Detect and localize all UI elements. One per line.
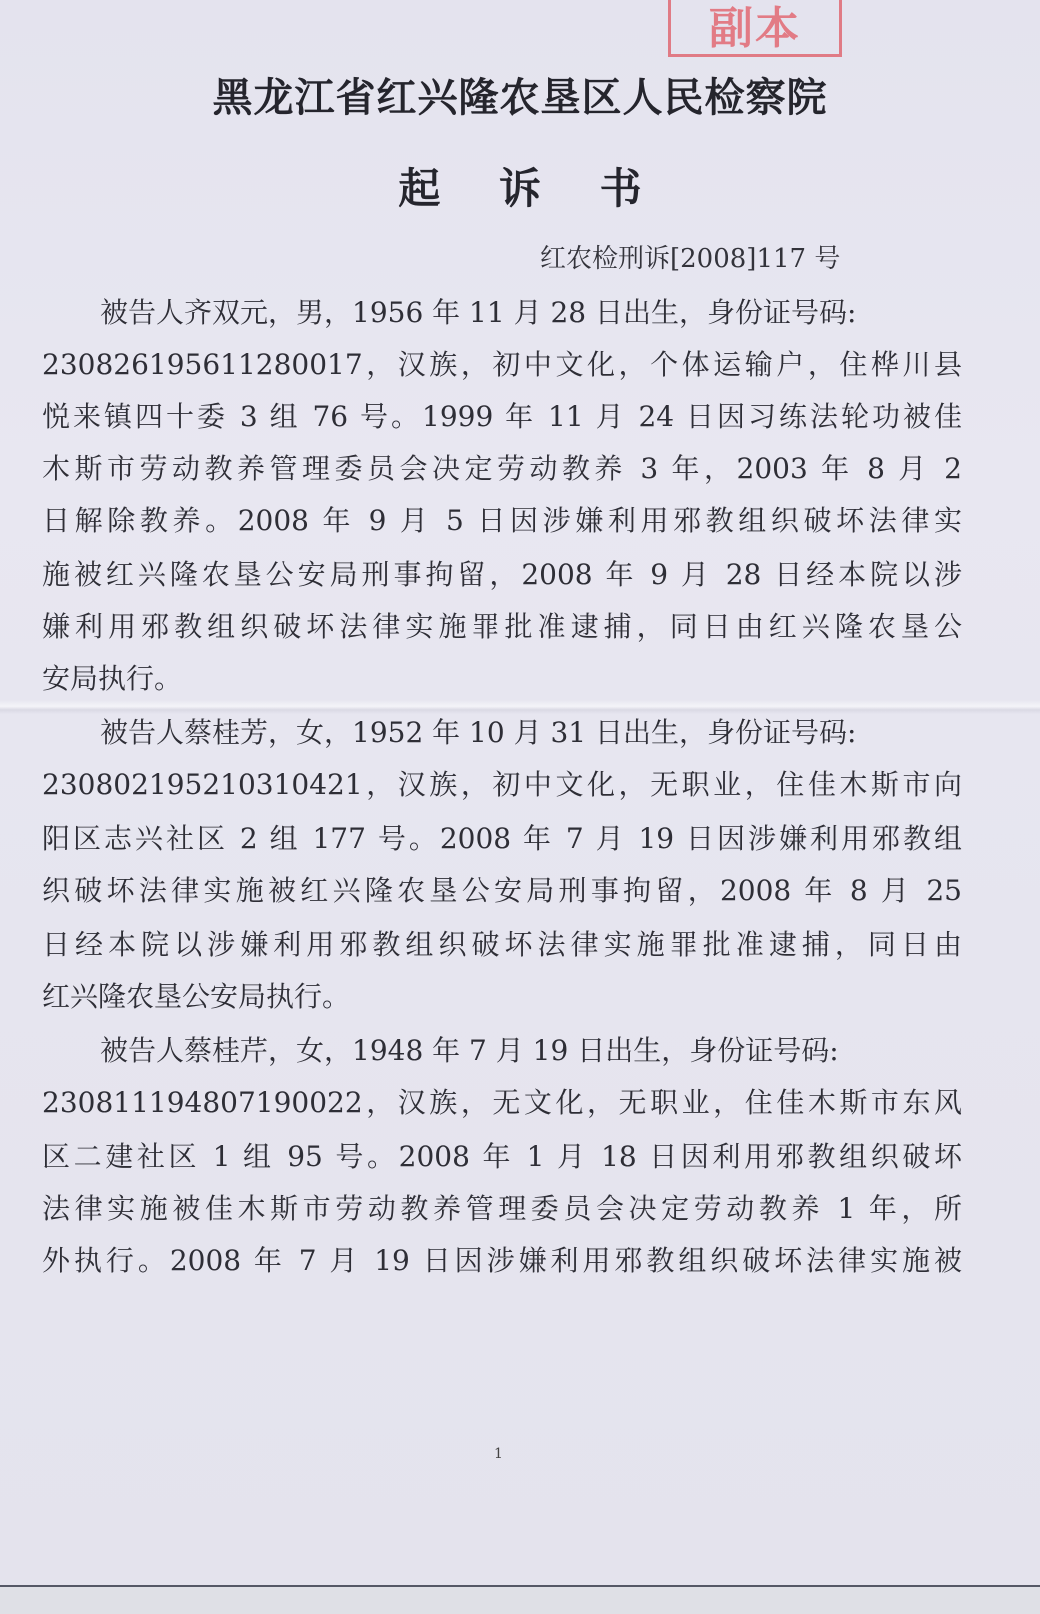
body-line: 230802195210310421，汉族，初中文化，无职业，住佳木斯市向 bbox=[42, 768, 962, 802]
body-line: 木斯市劳动教养管理委员会决定劳动教养 3 年，2003 年 8 月 2 bbox=[42, 452, 962, 486]
body-line: 被告人蔡桂芹，女，1948 年 7 月 19 日出生，身份证号码: bbox=[100, 1034, 934, 1068]
body-line: 红兴隆农垦公安局执行。 bbox=[42, 980, 962, 1014]
body-line: 230826195611280017，汉族，初中文化，个体运输户，住桦川县 bbox=[42, 348, 962, 382]
body-line: 法律实施被佳木斯市劳动教养管理委员会决定劳动教养 1 年，所 bbox=[42, 1192, 962, 1226]
body-line: 安局执行。 bbox=[42, 662, 962, 696]
body-line: 日解除教养。2008 年 9 月 5 日因涉嫌利用邪教组织破坏法律实 bbox=[42, 504, 962, 538]
body-line: 区二建社区 1 组 95 号。2008 年 1 月 18 日因利用邪教组织破坏 bbox=[42, 1140, 962, 1174]
body-line: 被告人蔡桂芳，女，1952 年 10 月 31 日出生，身份证号码: bbox=[100, 716, 934, 750]
stamp-text: 副本 bbox=[709, 0, 801, 56]
body-line: 织破坏法律实施被红兴隆农垦公安局刑事拘留，2008 年 8 月 25 bbox=[42, 874, 962, 908]
body-line: 外执行。2008 年 7 月 19 日因涉嫌利用邪教组织破坏法律实施被 bbox=[42, 1244, 962, 1278]
scanned-document-page: 副本 黑龙江省红兴隆农垦区人民检察院 起 诉 书 红农检刑诉[2008]117 … bbox=[0, 0, 1040, 1587]
paper-fold-crease bbox=[0, 700, 1040, 714]
body-line: 悦来镇四十委 3 组 76 号。1999 年 11 月 24 日因习练法轮功被佳 bbox=[42, 400, 962, 434]
body-line: 230811194807190022，汉族，无文化，无职业，住佳木斯市东风 bbox=[42, 1086, 962, 1120]
body-line: 日经本院以涉嫌利用邪教组织破坏法律实施罪批准逮捕，同日由 bbox=[42, 928, 962, 962]
body-line: 嫌利用邪教组织破坏法律实施罪批准逮捕，同日由红兴隆农垦公 bbox=[42, 610, 962, 644]
page-number: 1 bbox=[494, 1446, 503, 1462]
body-line: 被告人齐双元，男，1956 年 11 月 28 日出生，身份证号码: bbox=[100, 296, 934, 330]
document-title-char: 起 bbox=[398, 164, 440, 213]
copy-stamp: 副本 bbox=[668, 0, 842, 57]
body-line: 阳区志兴社区 2 组 177 号。2008 年 7 月 19 日因涉嫌利用邪教组 bbox=[42, 822, 962, 856]
body-line: 施被红兴隆农垦公安局刑事拘留，2008 年 9 月 28 日经本院以涉 bbox=[42, 558, 962, 592]
document-title-char: 诉 bbox=[499, 164, 541, 213]
organization-title: 黑龙江省红兴隆农垦区人民检察院 bbox=[0, 66, 1040, 123]
document-title-char: 书 bbox=[600, 164, 642, 213]
document-title: 起 诉 书 bbox=[0, 156, 1040, 216]
document-number: 红农检刑诉[2008]117 号 bbox=[540, 238, 840, 275]
